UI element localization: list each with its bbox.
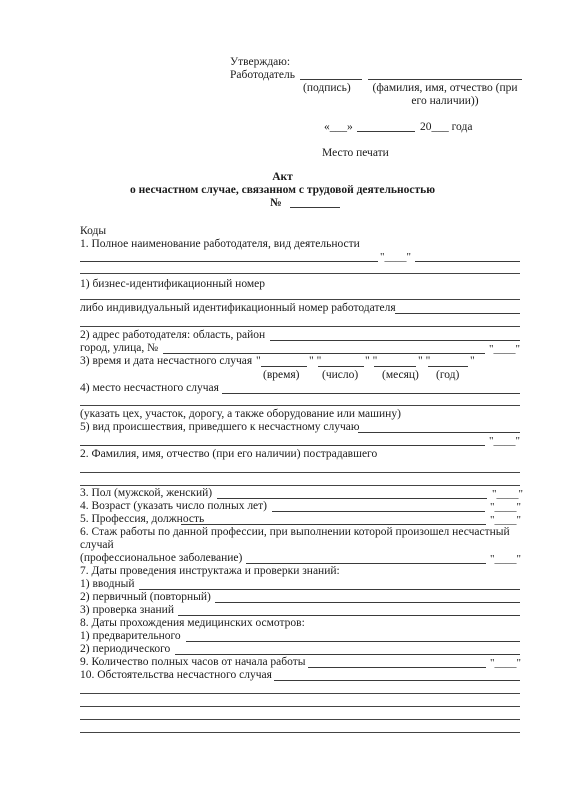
section-10-title: 10. Обстоятельства несчастного случая (80, 669, 272, 682)
section-6-title-line-3: (профессиональное заболевание) (80, 552, 242, 565)
knowledge-check-label: 3) проверка знаний (80, 604, 174, 617)
medical-periodic-label: 2) периодического (80, 643, 170, 656)
section-3-title: 3. Пол (мужской, женский) (80, 487, 212, 500)
gender-field[interactable] (217, 498, 487, 499)
circumstances-line-2[interactable] (80, 693, 520, 694)
code-box-incident-type[interactable]: "____" (489, 435, 520, 448)
section-4-title: 4. Возраст (указать число полных лет) (80, 500, 267, 513)
signature-caption: (подпись) (303, 82, 351, 95)
approval-month-field[interactable] (357, 131, 415, 132)
quote-mark: " (470, 355, 475, 368)
act-number-field[interactable] (290, 207, 340, 208)
circumstances-line-4[interactable] (80, 719, 520, 720)
medical-preliminary-field[interactable] (186, 641, 520, 642)
section-6-title: 6. Стаж работы по данной профессии, при … (80, 526, 510, 539)
document-subtitle: о несчастном случае, связанном с трудово… (0, 184, 565, 197)
datetime-label: 3) время и дата несчастного случая (80, 355, 252, 368)
iin-field[interactable] (395, 313, 520, 314)
approve-label: Утверждаю: (230, 56, 290, 69)
place-hint: (указать цех, участок, дорогу, а также о… (80, 408, 401, 421)
employer-label: Работодатель (230, 69, 295, 82)
circumstances-line-5[interactable] (80, 732, 520, 733)
employer-name-field[interactable] (80, 261, 378, 262)
caption-month: (месяц) (382, 369, 419, 382)
section-2-title: 2. Фамилия, имя, отчество (при его налич… (80, 448, 377, 461)
incident-day-field[interactable] (318, 366, 364, 367)
victim-name-field-line-2[interactable] (80, 485, 520, 486)
section-6-title-line-2: случай (80, 539, 114, 552)
city-street-field[interactable] (163, 353, 485, 354)
knowledge-check-field[interactable] (178, 615, 520, 616)
employer-signature-field[interactable] (300, 79, 362, 80)
section-1-title: 1. Полное наименование работодателя, вид… (80, 238, 360, 251)
stamp-label: Место печати (322, 147, 389, 160)
profession-field[interactable] (181, 524, 486, 525)
incident-type-field-line-2[interactable] (80, 445, 485, 446)
employer-name-field[interactable] (368, 79, 522, 80)
iin-field-line-2[interactable] (80, 326, 520, 327)
bin-field[interactable] (80, 299, 520, 300)
medical-preliminary-label: 1) предварительного (80, 630, 181, 643)
incident-time-field[interactable] (261, 366, 307, 367)
place-label: 4) место несчастного случая (80, 382, 219, 395)
circumstances-field[interactable] (274, 680, 520, 681)
section-8-title: 8. Даты прохождения медицинских осмотров… (80, 617, 305, 630)
caption-day: (число) (322, 369, 358, 382)
address-label: 2) адрес работодателя: область, район (80, 329, 265, 342)
employer-name-field-cont[interactable] (415, 261, 520, 262)
briefing-primary-label: 2) первичный (повторный) (80, 591, 211, 604)
place-field-line-2[interactable] (80, 405, 520, 406)
age-field[interactable] (272, 511, 485, 512)
name-caption-line2: его наличии)) (362, 95, 528, 108)
briefing-intro-label: 1) вводный (80, 578, 135, 591)
place-field[interactable] (222, 393, 520, 394)
code-box-activity[interactable]: "____" (380, 251, 411, 264)
code-box-hours[interactable]: "____" (490, 657, 521, 670)
iin-label: либо индивидуальный идентификационный но… (80, 302, 396, 315)
work-experience-field[interactable] (246, 563, 486, 564)
act-number-label: № (270, 197, 282, 210)
incident-type-field[interactable] (358, 432, 520, 433)
city-label: город, улица, № (80, 342, 158, 355)
section-7-title: 7. Даты проведения инструктажа и проверк… (80, 565, 340, 578)
bin-label: 1) бизнес-идентификационный номер (80, 278, 265, 291)
code-box-experience[interactable]: "____" (490, 553, 521, 566)
quote-mark: " (256, 355, 261, 368)
circumstances-line-3[interactable] (80, 706, 520, 707)
code-box-age[interactable]: "____" (490, 501, 521, 514)
address-region-field[interactable] (270, 340, 520, 341)
codes-label: Коды (80, 225, 106, 238)
approval-day-field[interactable]: «___» (324, 121, 353, 134)
caption-year: (год) (436, 369, 459, 382)
document-title: Акт (0, 171, 565, 184)
incident-month-field[interactable] (374, 366, 416, 367)
victim-name-field[interactable] (80, 472, 520, 473)
section-9-title: 9. Количество полных часов от начала раб… (80, 656, 305, 669)
approval-year-field[interactable]: 20___ года (420, 121, 472, 134)
briefing-primary-field[interactable] (215, 602, 520, 603)
code-box-address[interactable]: "____" (489, 343, 520, 356)
incident-type-label: 5) вид происшествия, приведшего к несчас… (80, 421, 359, 434)
name-caption-line1: (фамилия, имя, отчество (при (362, 82, 528, 95)
employer-name-line-2[interactable] (80, 273, 520, 274)
code-box-gender[interactable]: "____" (492, 488, 523, 501)
caption-time: (время) (263, 369, 300, 382)
medical-periodic-field[interactable] (175, 654, 520, 655)
incident-year-field[interactable] (428, 366, 468, 367)
briefing-intro-field[interactable] (139, 589, 520, 590)
work-hours-field[interactable] (308, 667, 486, 668)
